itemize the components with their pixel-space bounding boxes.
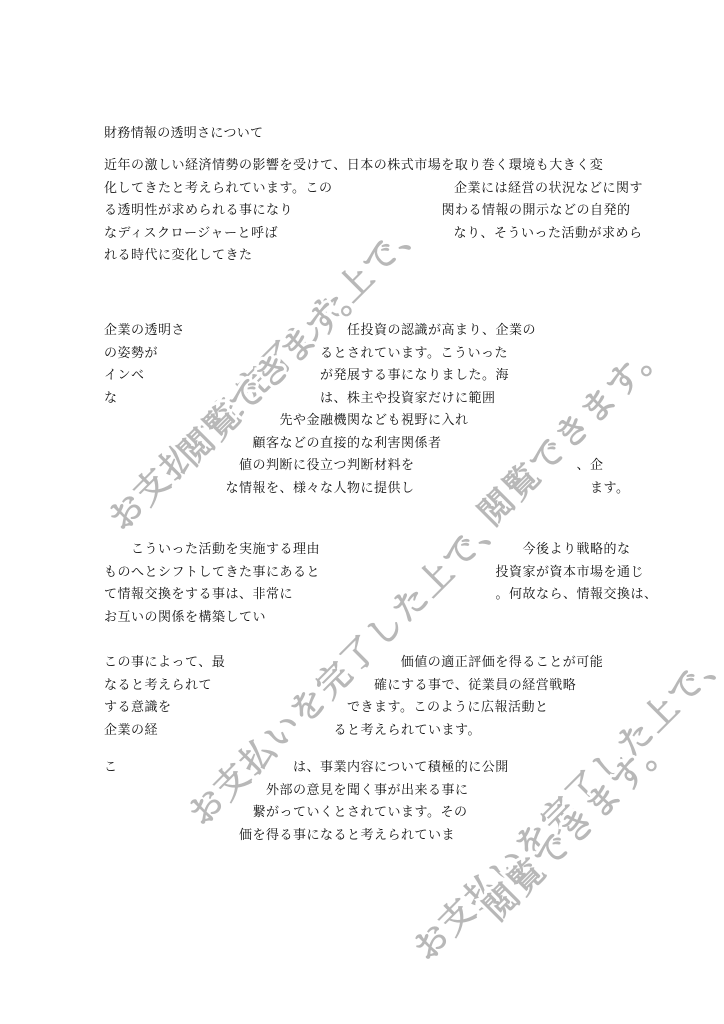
text-line: する意識を できます。このように広報活動と bbox=[104, 697, 624, 720]
text-line: る透明性が求められる事になり 関わる情報の開示などの自発的 bbox=[104, 200, 624, 223]
document-title: 財務情報の透明さについて bbox=[104, 122, 263, 141]
text-line: 近年の激しい経済情勢の影響を受けて、日本の株式市場を取り巻く環境も大きく変 bbox=[104, 155, 624, 178]
document-page: 財務情報の透明さについて 近年の激しい経済情勢の影響を受けて、日本の株式市場を取… bbox=[0, 0, 724, 1024]
text-line: インベ が発展する事になりました。海 bbox=[104, 365, 624, 388]
text-line: の姿勢が るとされています。こういった bbox=[104, 343, 624, 366]
text-line: ものへとシフトしてきた事にあると 投資家が資本市場を通じ bbox=[104, 562, 624, 585]
text-line: こういった活動を実施する理由 今後より戦略的な bbox=[104, 539, 624, 562]
text-line: な は、株主や投資家だけに範囲 bbox=[104, 388, 624, 411]
text-line: 企業の透明さ 任投資の認識が高まり、企業の bbox=[104, 320, 624, 343]
text-line: 化してきたと考えられています。この 企業には経営の状況などに関す bbox=[104, 178, 624, 201]
text-line: こ は、事業内容について積極的に公開 bbox=[104, 757, 624, 780]
text-line: て情報交換をする事は、非常に 。何故なら、情報交換は、 bbox=[104, 584, 624, 607]
text-line: 企業の経 ると考えられています。 bbox=[104, 720, 624, 743]
